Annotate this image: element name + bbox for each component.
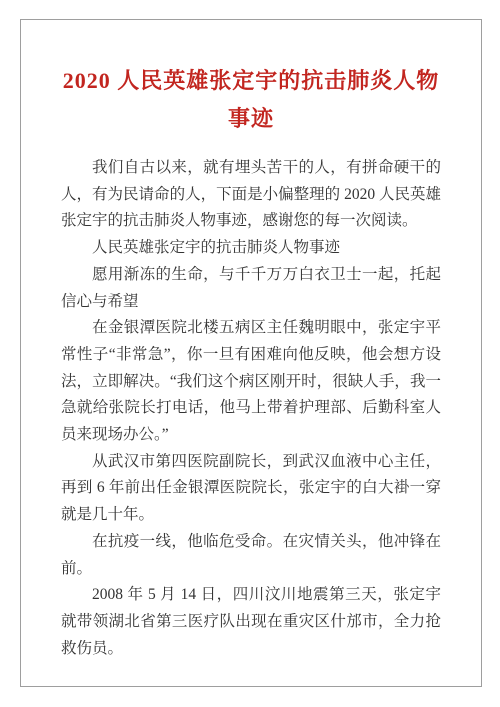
document-page: 2020 人民英雄张定宇的抗击肺炎人物 事迹 我们自古以来，就有埋头苦干的人，有…: [20, 19, 482, 687]
paragraph-intro: 我们自古以来，就有埋头苦干的人，有拼命硬干的人，有为民请命的人，下面是小偏整理的…: [61, 155, 441, 235]
paragraph-frontline: 在抗疫一线，他临危受命。在灾情关头，他冲锋在前。: [61, 529, 441, 582]
document-body: 我们自古以来，就有埋头苦干的人，有拼命硬干的人，有为民请命的人，下面是小偏整理的…: [61, 155, 441, 662]
paragraph-hospital-ward: 在金银潭医院北楼五病区主任魏明眼中，张定宇平常性子“非常急”，你一旦有困难向他反…: [61, 315, 441, 449]
document-title: 2020 人民英雄张定宇的抗击肺炎人物 事迹: [61, 62, 441, 138]
title-line-1: 2020 人民英雄张定宇的抗击肺炎人物: [61, 62, 441, 100]
paragraph-motto: 愿用渐冻的生命，与千千万万白衣卫士一起，托起信心与希望: [61, 262, 441, 315]
paragraph-earthquake: 2008 年 5 月 14 日，四川汶川地震第三天，张定宇就带领湖北省第三医疗队…: [61, 582, 441, 662]
paragraph-subtitle: 人民英雄张定宇的抗击肺炎人物事迹: [61, 235, 441, 262]
document-viewport: 2020 人民英雄张定宇的抗击肺炎人物 事迹 我们自古以来，就有埋头苦干的人，有…: [0, 0, 500, 707]
paragraph-career: 从武汉市第四医院副院长，到武汉血液中心主任，再到 6 年前出任金银潭医院院长，张…: [61, 449, 441, 529]
title-line-2: 事迹: [61, 100, 441, 138]
page-content: 2020 人民英雄张定宇的抗击肺炎人物 事迹 我们自古以来，就有埋头苦干的人，有…: [21, 20, 481, 662]
